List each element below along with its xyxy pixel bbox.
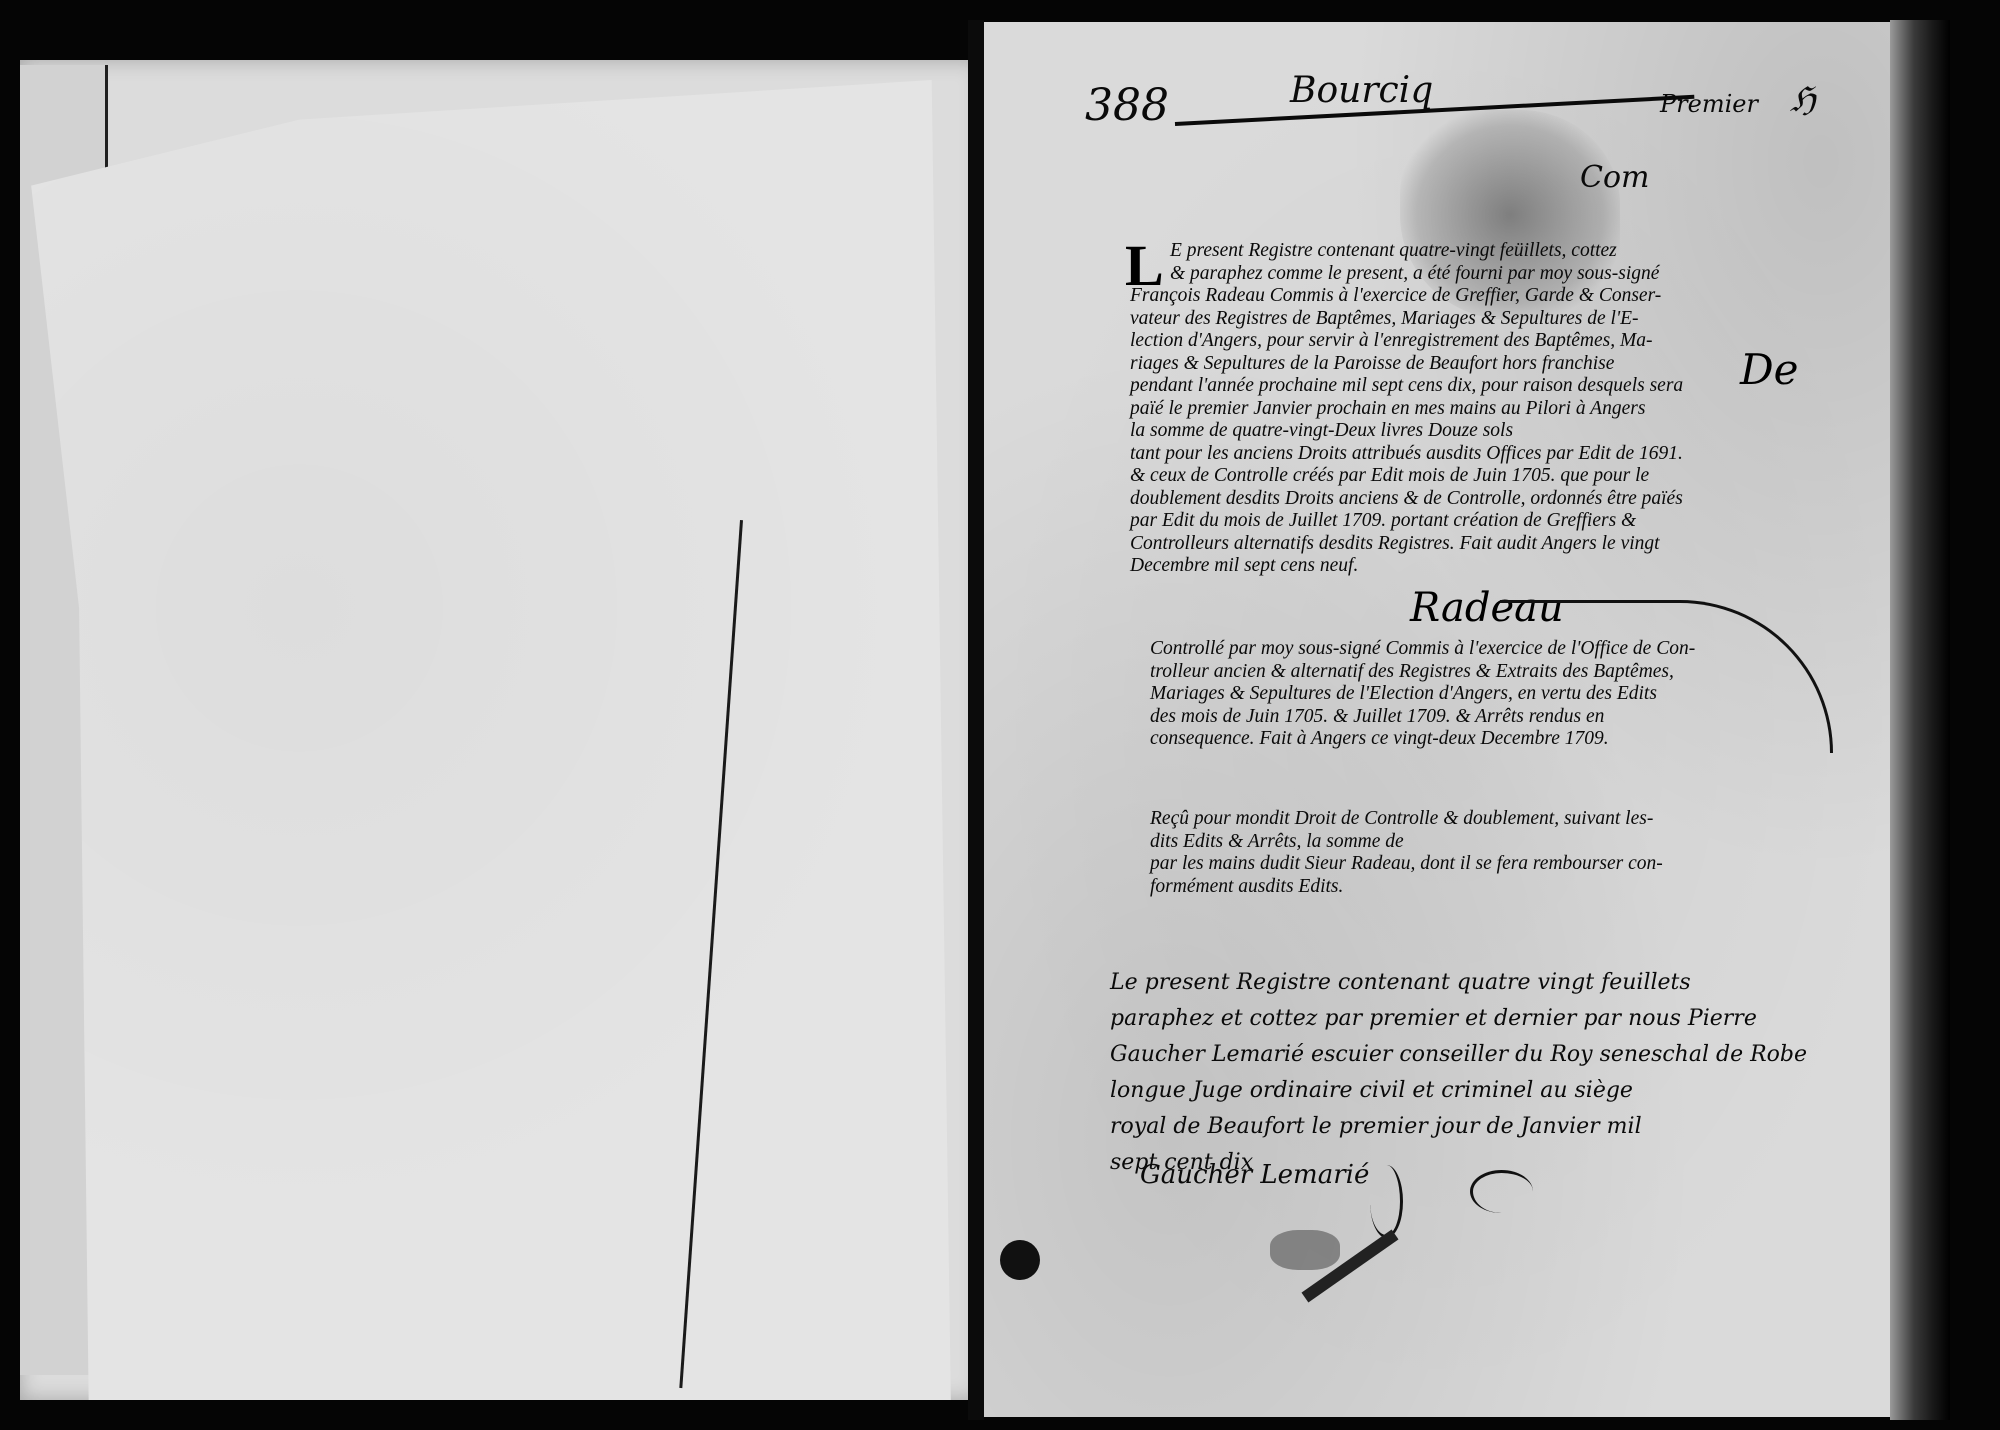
control-line: consequence. Fait à Angers ce vingt-deux… — [1150, 728, 1710, 751]
control-line: Mariages & Sepultures de l'Election d'An… — [1150, 683, 1710, 706]
printed-line: la somme de quatre-vingt-Deux livres Dou… — [1130, 420, 1690, 443]
control-line: des mois de Juin 1705. & Juillet 1709. &… — [1150, 706, 1710, 729]
printed-paragraph-head: E present Registre contenant quatre-ving… — [1170, 240, 1730, 285]
printed-line: pendant l'année prochaine mil sept cens … — [1130, 375, 1690, 398]
receipt-line: dits Edits & Arrêts, la somme de — [1150, 831, 1710, 854]
receipt-line: formément ausdits Edits. — [1150, 876, 1710, 899]
printed-line: riages & Sepultures de la Paroisse de Be… — [1130, 353, 1690, 376]
printed-line: François Radeau Commis à l'exercice de G… — [1130, 285, 1690, 308]
right-page-stacked-edges — [1890, 20, 1950, 1420]
header-premier: Premier — [1660, 90, 1758, 118]
ink-blot — [1270, 1230, 1340, 1270]
receipt-line: par les mains dudit Sieur Radeau, dont i… — [1150, 853, 1710, 876]
printed-line: Decembre mil sept cens neuf. — [1130, 555, 1690, 578]
receipt-line: Reçû pour mondit Droit de Controlle & do… — [1150, 808, 1710, 831]
printed-line: vateur des Registres de Baptêmes, Mariag… — [1130, 308, 1690, 331]
printed-line: doublement desdits Droits anciens & de C… — [1130, 488, 1690, 511]
control-line: Controllé par moy sous-signé Commis à l'… — [1150, 638, 1710, 661]
printed-line: lection d'Angers, pour servir à l'enregi… — [1130, 330, 1690, 353]
folio-number: 388 — [1085, 80, 1169, 131]
receipt-paragraph: Reçû pour mondit Droit de Controlle & do… — [1150, 808, 1710, 898]
header-parish-name: Bourciq — [1290, 70, 1433, 111]
manuscript-line: Gaucher Lemarié escuier conseiller du Ro… — [1110, 1037, 1910, 1073]
left-page-blank — [12, 80, 970, 1400]
manuscript-line: royal de Beaufort le premier jour de Jan… — [1110, 1109, 1910, 1145]
header-margin-note: Com — [1580, 160, 1649, 195]
ink-blot — [1000, 1240, 1040, 1280]
manuscript-paragraph: Le present Registre contenant quatre vin… — [1110, 965, 1910, 1181]
header-paraph-mark: ℌ — [1790, 80, 1816, 120]
manuscript-line: Le present Registre contenant quatre vin… — [1110, 965, 1910, 1001]
manuscript-line: longue Juge ordinaire civil et criminel … — [1110, 1073, 1910, 1109]
printed-line: & paraphez comme le present, a été fourn… — [1170, 263, 1730, 286]
control-paragraph: Controllé par moy sous-signé Commis à l'… — [1150, 638, 1710, 751]
manuscript-line: paraphez et cottez par premier et dernie… — [1110, 1001, 1910, 1037]
manuscript-signature: Gaucher Lemarié — [1140, 1160, 1369, 1190]
control-line: trolleur ancien & alternatif des Registr… — [1150, 661, 1710, 684]
ink-scribble — [1470, 1170, 1533, 1213]
printed-paragraph-body: François Radeau Commis à l'exercice de G… — [1130, 285, 1690, 578]
printed-line: tant pour les anciens Droits attribués a… — [1130, 443, 1690, 466]
printed-line: par Edit du mois de Juillet 1709. portan… — [1130, 510, 1690, 533]
printed-line: Controlleurs alternatifs desdits Registr… — [1130, 533, 1690, 556]
printed-line: païé le premier Janvier prochain en mes … — [1130, 398, 1690, 421]
book-gutter — [968, 20, 984, 1420]
printed-line: & ceux de Controlle créés par Edit mois … — [1130, 465, 1690, 488]
margin-initial-de: De — [1740, 345, 1799, 394]
printed-line: E present Registre contenant quatre-ving… — [1170, 240, 1730, 263]
ink-scribble — [1370, 1165, 1403, 1238]
